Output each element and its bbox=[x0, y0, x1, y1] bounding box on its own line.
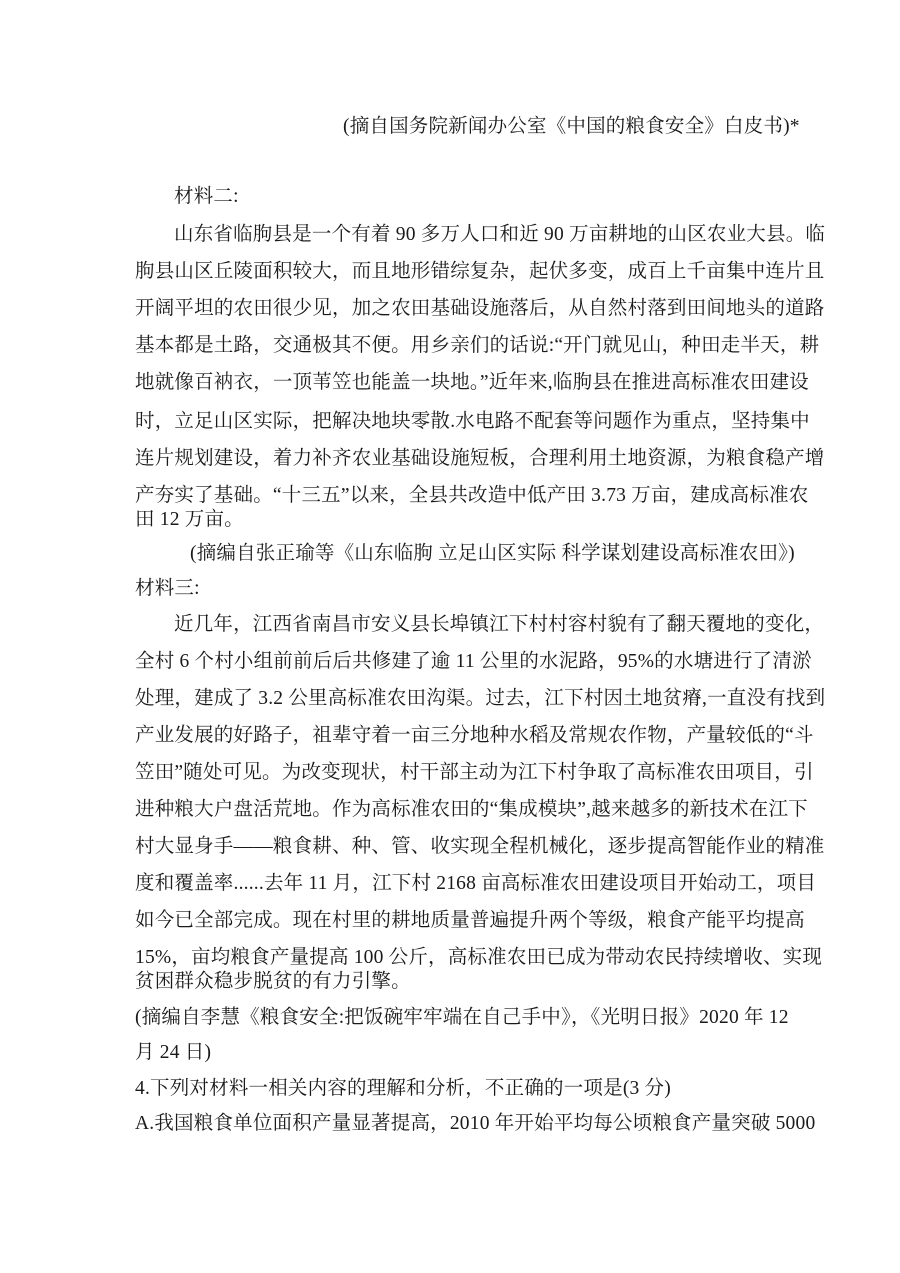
material2-heading: 材料二: bbox=[174, 184, 767, 210]
material2-line: 山东省临朐县是一个有着 90 多万人口和近 90 万亩耕地的山区农业大县。临 bbox=[174, 222, 767, 248]
material2-line: 基本都是土路，交通极其不便。用乡亲们的话说:“开门就见山，种田走半天，耕 bbox=[135, 333, 767, 359]
material3-line: 处理，建成了 3.2 公里高标准农田沟渠。过去，江下村因土地贫瘠,一直没有找到 bbox=[135, 686, 767, 712]
material2-line: 地就像百衲衣，一顶苇笠也能盖一块地。”近年来,临朐县在推进高标准农田建设 bbox=[135, 370, 767, 396]
material3-heading: 材料三: bbox=[135, 576, 767, 602]
material2-line: 开阔平坦的农田很少见，加之农田基础设施落后，从自然村落到田间地头的道路 bbox=[135, 296, 767, 322]
material3-line: 进种粮大户盘活荒地。作为高标准农田的“集成模块”,越来越多的新技术在江下 bbox=[135, 797, 767, 823]
material3-line: 全村 6 个村小组前前后后共修建了逾 11 公里的水泥路，95%的水塘进行了清淤 bbox=[135, 649, 767, 675]
question4-stem: 4.下列对材料一相关内容的理解和分析，不正确的一项是(3 分) bbox=[135, 1076, 767, 1102]
material1-source: (摘自国务院新闻办公室《中国的粮食安全》白皮书)* bbox=[343, 114, 773, 140]
material3-line: 度和覆盖率......去年 11 月，江下村 2168 亩高标准农田建设项目开始… bbox=[135, 871, 767, 897]
material2-line: 产夯实了基础。“十三五”以来，全县共改造中低产田 3.73 万亩，建成高标准农 bbox=[135, 483, 767, 509]
material3-line: 产业发展的好路子，祖辈守着一亩三分地种水稻及常规农作物，产量较低的“斗 bbox=[135, 723, 767, 749]
material2-line: 时，立足山区实际，把解决地块零散.水电路不配套等问题作为重点，坚持集中 bbox=[135, 409, 767, 435]
material3-line: 贫困群众稳步脱贫的有力引擎。 bbox=[135, 969, 767, 995]
material2-line: 连片规划建设，着力补齐农业基础设施短板，合理利用土地资源，为粮食稳产增 bbox=[135, 446, 767, 472]
material2-line: 田 12 万亩。 bbox=[135, 507, 767, 533]
material3-source-line: 月 24 日) bbox=[135, 1040, 767, 1066]
material2-source: (摘编自张正瑜等《山东临朐 立足山区实际 科学谋划建设高标准农田》) bbox=[190, 541, 767, 567]
exam-page: (摘自国务院新闻办公室《中国的粮食安全》白皮书)* 材料二: 山东省临朐县是一个… bbox=[0, 0, 900, 1273]
material3-line: 15%，亩均粮食产量提高 100 公斤，高标准农田已成为带动农民持续增收、实现 bbox=[135, 945, 767, 971]
question4-option-a: A.我国粮食单位面积产量显著提高，2010 年开始平均每公顷粮食产量突破 500… bbox=[135, 1111, 767, 1137]
material3-line: 笠田”随处可见。为改变现状，村干部主动为江下村争取了高标准农田项目，引 bbox=[135, 760, 767, 786]
material3-line: 村大显身手——粮食耕、种、管、收实现全程机械化，逐步提高智能作业的精准 bbox=[135, 834, 767, 860]
material3-line: 近几年，江西省南昌市安义县长埠镇江下村村容村貌有了翻天覆地的变化， bbox=[174, 612, 767, 638]
material3-line: 如今已全部完成。现在村里的耕地质量普遍提升两个等级，粮食产能平均提高 bbox=[135, 908, 767, 934]
material3-source-line: (摘编自李慧《粮食安全:把饭碗牢牢端在自己手中》，《光明日报》2020 年 12 bbox=[135, 1005, 767, 1031]
material2-line: 朐县山区丘陵面积较大，而且地形错综复杂，起伏多变，成百上千亩集中连片且 bbox=[135, 259, 767, 285]
